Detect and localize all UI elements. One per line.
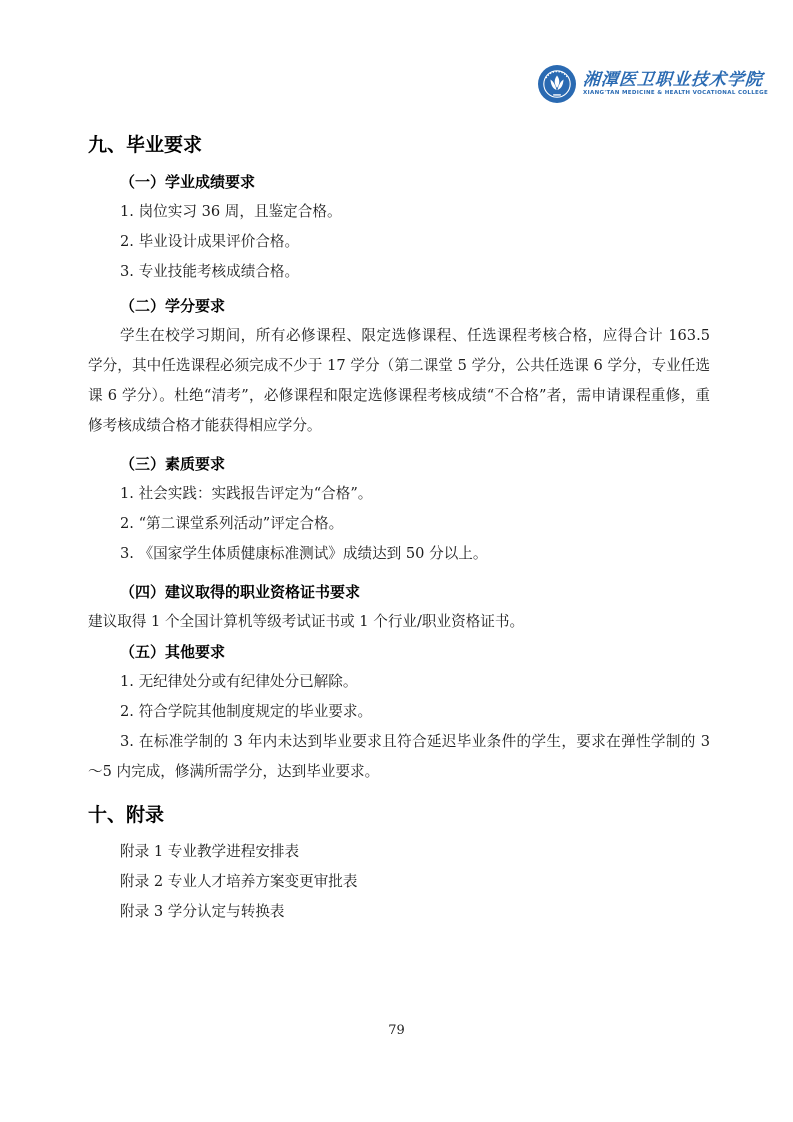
appendix-list: 附录 1 专业教学进程安排表 附录 2 专业人才培养方案变更审批表 附录 3 学… [88, 837, 710, 927]
page-number: 79 [0, 1023, 793, 1038]
list-item: 2. “第二课堂系列活动”评定合格。 [88, 509, 710, 539]
list-item: 3. 《国家学生体质健康标准测试》成绩达到 50 分以上。 [88, 539, 710, 569]
subsection-9-2-heading: （二）学分要求 [88, 293, 710, 319]
appendix-item: 附录 2 专业人才培养方案变更审批表 [88, 867, 710, 897]
paragraph-certificate-requirements: 建议取得 1 个全国计算机等级考试证书或 1 个行业/职业资格证书。 [88, 607, 710, 637]
section-10-heading: 十、附录 [88, 801, 710, 829]
list-item: 3. 在标准学制的 3 年内未达到毕业要求且符合延迟毕业条件的学生，要求在弹性学… [88, 727, 710, 787]
college-name-block: 湘潭医卫职业技术学院 XIANG'TAN MEDICINE & HEALTH V… [583, 64, 768, 96]
document-page: 湘潭医卫职业技术学院 XIANG'TAN MEDICINE & HEALTH V… [0, 0, 793, 1122]
subsection-9-5-heading: （五）其他要求 [88, 639, 710, 665]
college-name-zh: 湘潭医卫职业技术学院 [582, 71, 768, 89]
appendix-item: 附录 1 专业教学进程安排表 [88, 837, 710, 867]
list-item: 2. 毕业设计成果评价合格。 [88, 227, 710, 257]
college-emblem-icon [537, 64, 577, 104]
subsection-9-3-heading: （三）素质要求 [88, 451, 710, 477]
paragraph-credit-requirements: 学生在校学习期间，所有必修课程、限定选修课程、任选课程考核合格，应得合计 163… [88, 321, 710, 441]
list-item: 1. 岗位实习 36 周，且鉴定合格。 [88, 197, 710, 227]
subsection-9-1-heading: （一）学业成绩要求 [88, 169, 710, 195]
list-item: 1. 社会实践：实践报告评定为“合格”。 [88, 479, 710, 509]
college-name-en: XIANG'TAN MEDICINE & HEALTH VOCATIONAL C… [583, 90, 768, 96]
list-item: 1. 无纪律处分或有纪律处分已解除。 [88, 667, 710, 697]
document-content: 九、毕业要求 （一）学业成绩要求 1. 岗位实习 36 周，且鉴定合格。 2. … [88, 131, 710, 927]
list-item: 3. 专业技能考核成绩合格。 [88, 257, 710, 287]
college-logo: 湘潭医卫职业技术学院 XIANG'TAN MEDICINE & HEALTH V… [537, 64, 768, 104]
appendix-item: 附录 3 学分认定与转换表 [88, 897, 710, 927]
subsection-9-4-heading: （四）建议取得的职业资格证书要求 [88, 579, 710, 605]
section-9-heading: 九、毕业要求 [88, 131, 710, 159]
list-item: 2. 符合学院其他制度规定的毕业要求。 [88, 697, 710, 727]
